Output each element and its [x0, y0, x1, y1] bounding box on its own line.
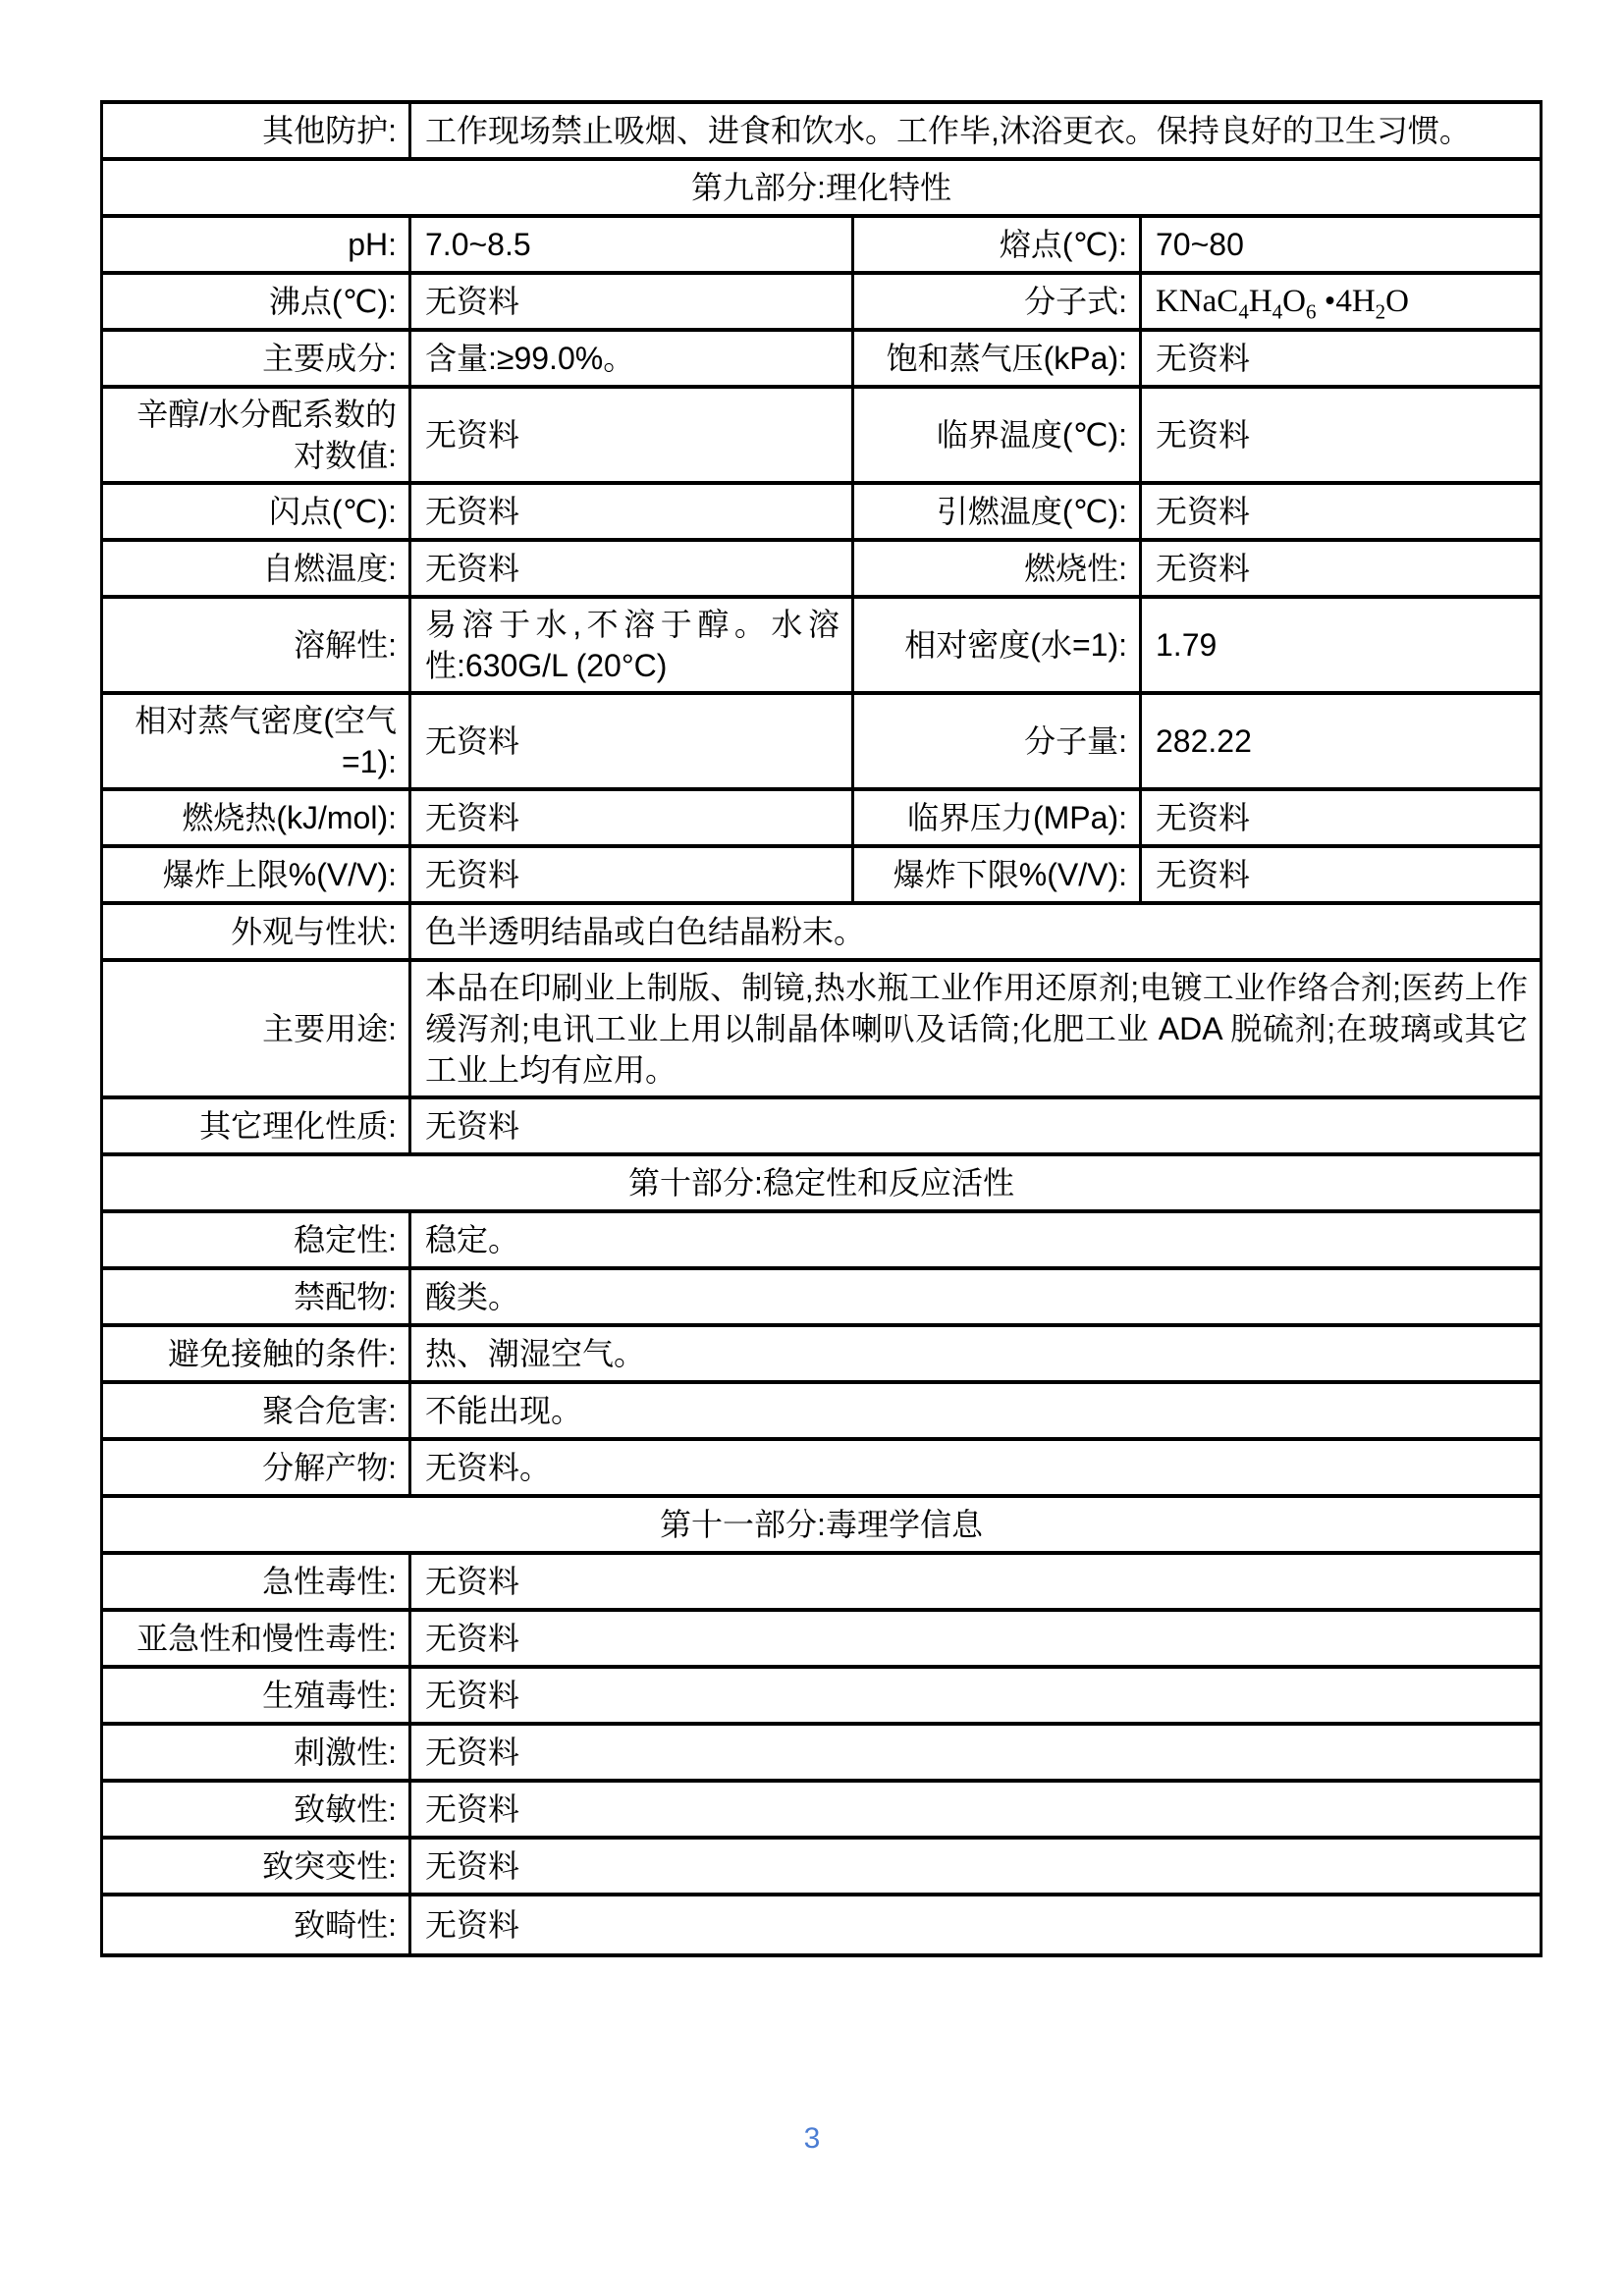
row-label: 溶解性: [103, 599, 411, 691]
row-label: 爆炸上限%(V/V): [103, 848, 411, 901]
table-row: 聚合危害:不能出现。 [103, 1384, 1540, 1441]
row-value: 无资料 [411, 1555, 1540, 1608]
row-label: 分子量: [854, 695, 1142, 787]
row-label: 闪点(℃): [103, 485, 411, 538]
row-label: 辛醇/水分配系数的对数值: [103, 389, 411, 481]
table-row: 主要用途:本品在印刷业上制版、制镜,热水瓶工业作用还原剂;电镀工业作络合剂;医药… [103, 962, 1540, 1099]
row-label: 主要成分: [103, 332, 411, 385]
row-value: 色半透明结晶或白色结晶粉末。 [411, 905, 1540, 958]
table-row: 沸点(℃):无资料分子式:KNaC4H4O6 •4H2O [103, 275, 1540, 332]
table-row: 分解产物:无资料。 [103, 1441, 1540, 1498]
table-row: 主要成分:含量:≥99.0%。饱和蒸气压(kPa):无资料 [103, 332, 1540, 389]
row-value: 无资料 [1142, 389, 1540, 481]
row-value: 本品在印刷业上制版、制镜,热水瓶工业作用还原剂;电镀工业作络合剂;医药上作缓泻剂… [411, 962, 1540, 1095]
row-label: 饱和蒸气压(kPa): [854, 332, 1142, 385]
table-row: 亚急性和慢性毒性:无资料 [103, 1612, 1540, 1669]
row-label: 主要用途: [103, 962, 411, 1095]
row-label: 禁配物: [103, 1270, 411, 1323]
row-value: 无资料。 [411, 1441, 1540, 1494]
row-label: 引燃温度(℃): [854, 485, 1142, 538]
row-label: pH: [103, 218, 411, 271]
section-title: 第九部分:理化特性 [103, 161, 1540, 214]
table-row: 闪点(℃):无资料引燃温度(℃):无资料 [103, 485, 1540, 542]
row-value: 无资料 [411, 791, 854, 844]
row-value: 不能出现。 [411, 1384, 1540, 1437]
table-row: 其他防护:工作现场禁止吸烟、进食和饮水。工作毕,沐浴更衣。保持良好的卫生习惯。 [103, 104, 1540, 161]
row-value: 282.22 [1142, 695, 1540, 787]
table-row: 溶解性:易溶于水,不溶于醇。水溶性:630G/L (20°C)相对密度(水=1)… [103, 599, 1540, 695]
row-value: 无资料 [411, 1612, 1540, 1665]
row-label: 相对蒸气密度(空气=1): [103, 695, 411, 787]
row-value: 无资料 [411, 389, 854, 481]
row-label: 爆炸下限%(V/V): [854, 848, 1142, 901]
row-value: 无资料 [411, 695, 854, 787]
row-label: 生殖毒性: [103, 1669, 411, 1722]
row-label: 其它理化性质: [103, 1099, 411, 1152]
row-label: 分解产物: [103, 1441, 411, 1494]
table-row: pH:7.0~8.5熔点(℃):70~80 [103, 218, 1540, 275]
row-value: 无资料 [411, 1896, 1540, 1953]
row-label: 稳定性: [103, 1213, 411, 1266]
row-label: 燃烧热(kJ/mol): [103, 791, 411, 844]
row-label: 熔点(℃): [854, 218, 1142, 271]
row-label: 避免接触的条件: [103, 1327, 411, 1380]
table-row: 禁配物:酸类。 [103, 1270, 1540, 1327]
row-value: 无资料 [411, 1726, 1540, 1779]
row-label: 其他防护: [103, 104, 411, 157]
row-value: 易溶于水,不溶于醇。水溶性:630G/L (20°C) [411, 599, 854, 691]
row-label: 聚合危害: [103, 1384, 411, 1437]
row-label: 急性毒性: [103, 1555, 411, 1608]
row-value: 无资料 [1142, 542, 1540, 595]
row-label: 亚急性和慢性毒性: [103, 1612, 411, 1665]
row-label: 致畸性: [103, 1896, 411, 1953]
row-value: 无资料 [411, 1669, 1540, 1722]
row-value: 热、潮湿空气。 [411, 1327, 1540, 1380]
table-row: 外观与性状:色半透明结晶或白色结晶粉末。 [103, 905, 1540, 962]
row-value: 工作现场禁止吸烟、进食和饮水。工作毕,沐浴更衣。保持良好的卫生习惯。 [411, 104, 1540, 157]
table-row: 刺激性:无资料 [103, 1726, 1540, 1783]
table-row: 爆炸上限%(V/V):无资料爆炸下限%(V/V):无资料 [103, 848, 1540, 905]
row-label: 外观与性状: [103, 905, 411, 958]
section-title: 第十部分:稳定性和反应活性 [103, 1156, 1540, 1209]
table-row: 辛醇/水分配系数的对数值:无资料临界温度(℃):无资料 [103, 389, 1540, 485]
row-value: 无资料 [411, 275, 854, 328]
molecular-formula-value: KNaC4H4O6 •4H2O [1142, 275, 1540, 328]
row-label: 沸点(℃): [103, 275, 411, 328]
row-label: 致突变性: [103, 1840, 411, 1893]
row-label: 临界压力(MPa): [854, 791, 1142, 844]
row-value: 7.0~8.5 [411, 218, 854, 271]
row-label: 相对密度(水=1): [854, 599, 1142, 691]
section-header-row: 第十部分:稳定性和反应活性 [103, 1156, 1540, 1213]
row-value: 1.79 [1142, 599, 1540, 691]
table-row: 致畸性:无资料 [103, 1896, 1540, 1953]
row-value: 无资料 [1142, 848, 1540, 901]
table-row: 避免接触的条件:热、潮湿空气。 [103, 1327, 1540, 1384]
row-value: 含量:≥99.0%。 [411, 332, 854, 385]
row-label: 分子式: [854, 275, 1142, 328]
row-value: 酸类。 [411, 1270, 1540, 1323]
row-value: 无资料 [1142, 485, 1540, 538]
row-value: 无资料 [411, 1840, 1540, 1893]
row-value: 无资料 [411, 848, 854, 901]
table-row: 稳定性:稳定。 [103, 1213, 1540, 1270]
section-header-row: 第十一部分:毒理学信息 [103, 1498, 1540, 1555]
row-label: 临界温度(℃): [854, 389, 1142, 481]
row-label: 致敏性: [103, 1783, 411, 1836]
row-label: 自燃温度: [103, 542, 411, 595]
table-row: 自燃温度:无资料燃烧性:无资料 [103, 542, 1540, 599]
row-label: 燃烧性: [854, 542, 1142, 595]
table-row: 急性毒性:无资料 [103, 1555, 1540, 1612]
row-label: 刺激性: [103, 1726, 411, 1779]
table-row: 相对蒸气密度(空气=1):无资料分子量:282.22 [103, 695, 1540, 791]
row-value: 无资料 [1142, 791, 1540, 844]
table-row: 生殖毒性:无资料 [103, 1669, 1540, 1726]
properties-table: 其他防护:工作现场禁止吸烟、进食和饮水。工作毕,沐浴更衣。保持良好的卫生习惯。第… [100, 100, 1543, 1957]
row-value: 无资料 [411, 542, 854, 595]
row-value: 无资料 [411, 485, 854, 538]
table-row: 其它理化性质:无资料 [103, 1099, 1540, 1156]
table-row: 致突变性:无资料 [103, 1840, 1540, 1896]
row-value: 无资料 [1142, 332, 1540, 385]
page-number: 3 [0, 2122, 1624, 2156]
row-value: 无资料 [411, 1099, 1540, 1152]
section-title: 第十一部分:毒理学信息 [103, 1498, 1540, 1551]
table-row: 燃烧热(kJ/mol):无资料临界压力(MPa):无资料 [103, 791, 1540, 848]
section-header-row: 第九部分:理化特性 [103, 161, 1540, 218]
row-value: 70~80 [1142, 218, 1540, 271]
row-value: 无资料 [411, 1783, 1540, 1836]
table-row: 致敏性:无资料 [103, 1783, 1540, 1840]
document-page: 其他防护:工作现场禁止吸烟、进食和饮水。工作毕,沐浴更衣。保持良好的卫生习惯。第… [0, 0, 1624, 2296]
row-value: 稳定。 [411, 1213, 1540, 1266]
